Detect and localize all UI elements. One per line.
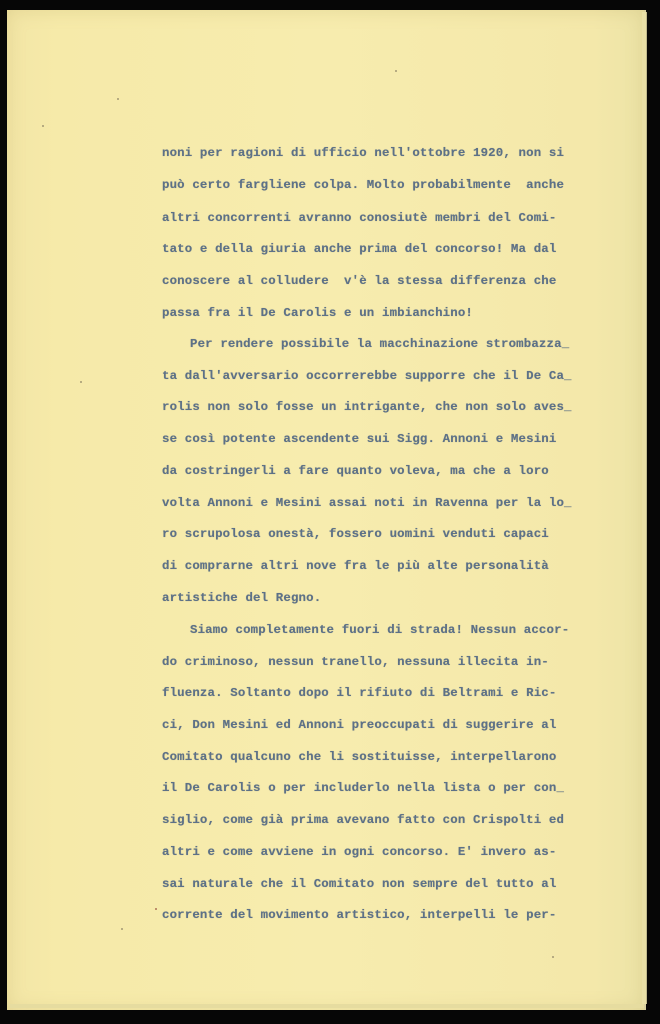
text-line: passa fra il De Carolis e un imbianchino…	[162, 303, 473, 323]
text-line: da costringerli a fare quanto voleva, ma…	[162, 461, 549, 481]
text-line: tato e della giuria anche prima del conc…	[162, 239, 556, 259]
paper-page: nome più conosciuBulla di piùpersonalità…	[7, 10, 646, 1010]
paper-speck	[155, 908, 157, 910]
text-line: artistiche del Regno.	[162, 588, 321, 608]
text-line: corrente del movimento artistico, interp…	[162, 905, 556, 925]
text-line: Siamo completamente fuori di strada! Nes…	[190, 620, 569, 640]
text-line: ci, Don Mesini ed Annoni preoccupati di …	[162, 715, 556, 735]
paper-speck	[117, 98, 119, 100]
paper-speck	[80, 381, 82, 383]
text-line: altri concorrenti avranno conosiutè memb…	[162, 208, 556, 228]
paper-speck	[395, 70, 397, 72]
page-stack-edge-bottom	[10, 1004, 644, 1008]
text-line: sai naturale che il Comitato non sempre …	[162, 874, 556, 894]
text-line: ta dall'avversario occorrerebbe supporre…	[162, 366, 572, 386]
page-stack-edge-right	[642, 12, 647, 1004]
text-line: conoscere al colludere v'è la stessa dif…	[162, 271, 556, 291]
text-line: il De Carolis o per includerlo nella lis…	[162, 778, 564, 798]
text-line: se così potente ascendente sui Sigg. Ann…	[162, 429, 556, 449]
text-line: fluenza. Soltanto dopo il rifiuto di Bel…	[162, 683, 556, 703]
text-line: noni per ragioni di ufficio nell'ottobre…	[162, 143, 564, 163]
scanned-document: nome più conosciuBulla di piùpersonalità…	[0, 0, 660, 1024]
text-line: può certo fargliene colpa. Molto probabi…	[162, 175, 564, 195]
text-line: Per rendere possibile la macchinazione s…	[190, 334, 569, 354]
paper-speck	[42, 125, 44, 127]
paper-speck	[552, 956, 554, 958]
paper-speck	[467, 180, 469, 182]
text-line: altri e come avviene in ogni concorso. E…	[162, 842, 556, 862]
text-line: ro scrupolosa onestà, fossero uomini ven…	[162, 524, 549, 544]
text-line: Comitato qualcuno che li sostituisse, in…	[162, 747, 556, 767]
paper-speck	[121, 928, 123, 930]
text-line: di comprarne altri nove fra le più alte …	[162, 556, 549, 576]
text-line: volta Annoni e Mesini assai noti in Rave…	[162, 493, 572, 513]
text-line: do criminoso, nessun tranello, nessuna i…	[162, 652, 549, 672]
text-line: rolis non solo fosse un intrigante, che …	[162, 397, 572, 417]
text-line: siglio, come già prima avevano fatto con…	[162, 810, 564, 830]
